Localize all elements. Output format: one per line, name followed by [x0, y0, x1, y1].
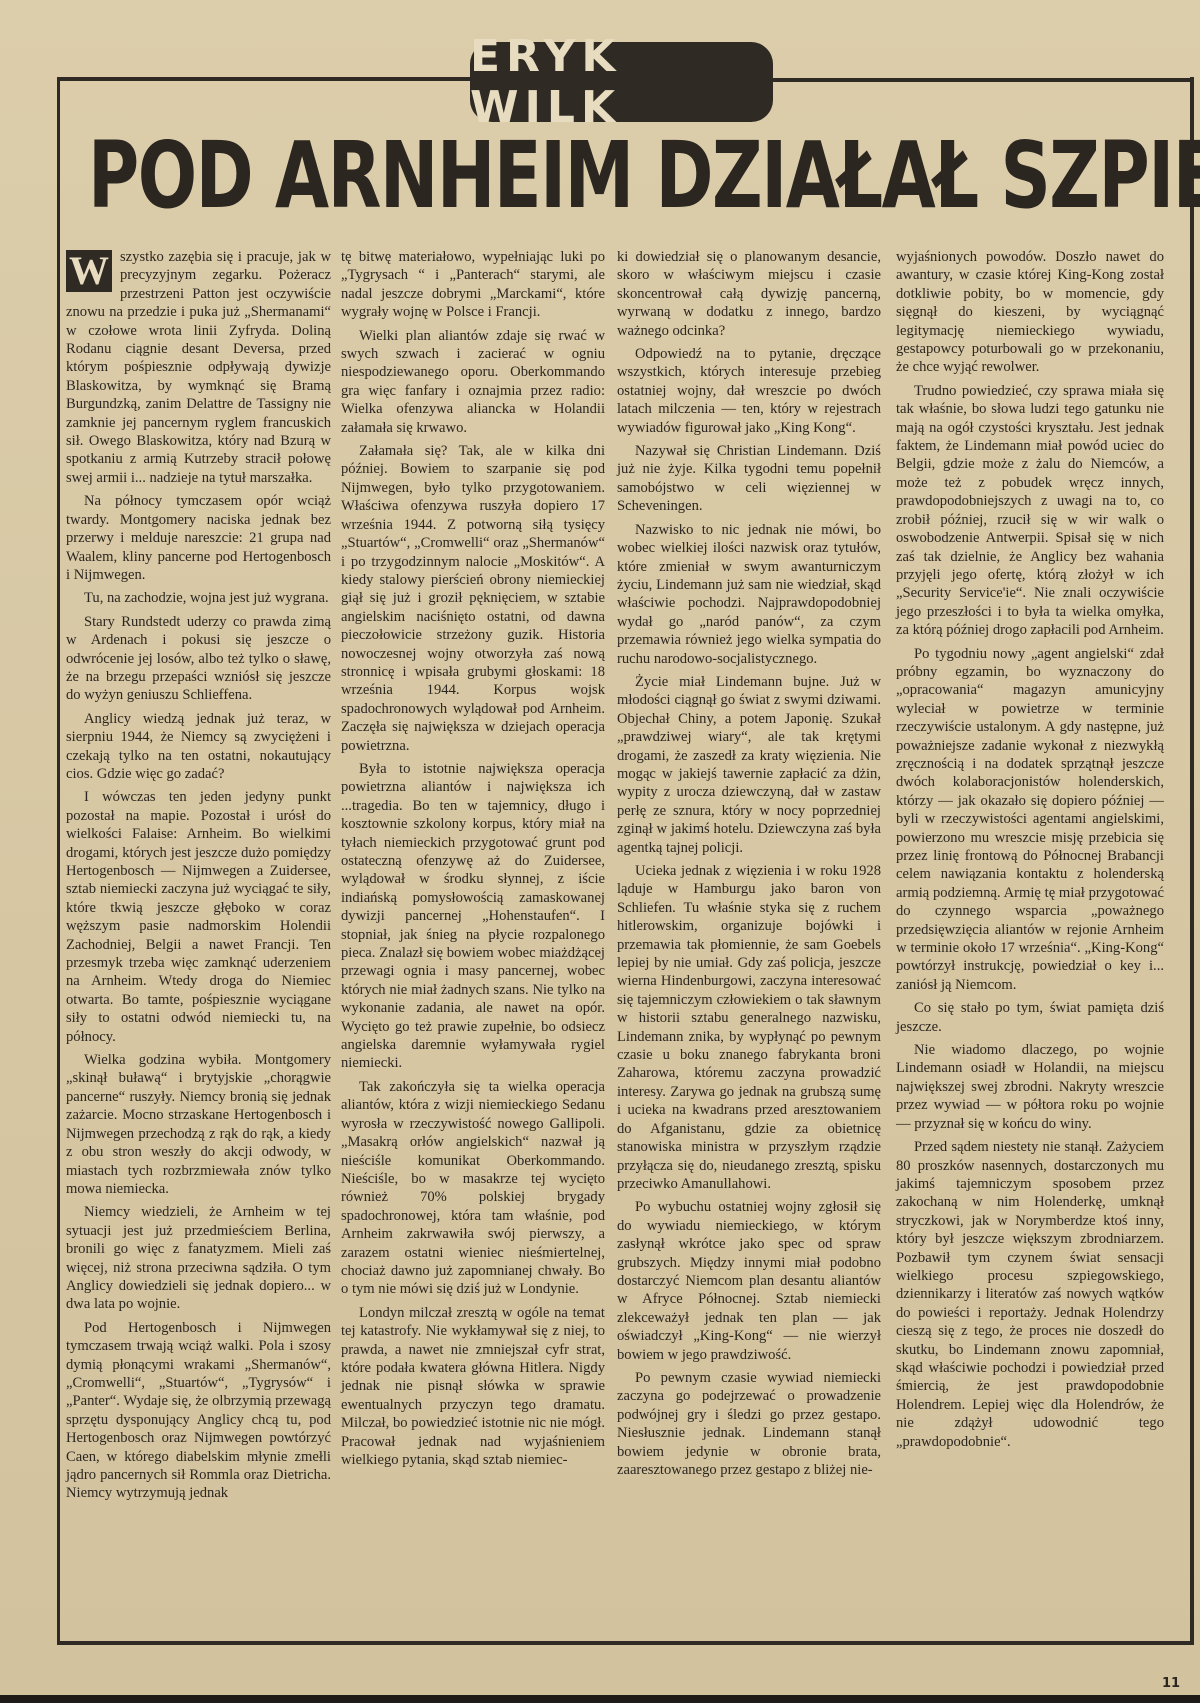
paragraph: Wielki plan aliantów zdaje się rwać w sw… — [341, 327, 605, 437]
paragraph: Na północy tymczasem opór wciąż twardy. … — [66, 492, 331, 584]
column-4: wyjaśnionych powodów. Doszło nawet do aw… — [896, 248, 1164, 1633]
paragraph: Po wybuchu ostatniej wojny zgłosił się d… — [617, 1198, 881, 1364]
column-2: tę bitwę materiałowo, wypełniając luki p… — [341, 248, 605, 1633]
paragraph: Wszystko zazębia się i pracuje, jak w pr… — [66, 248, 331, 487]
paragraph: Londyn milczał zresztą w ogóle na temat … — [341, 1304, 605, 1470]
paragraph: Anglicy wiedzą jednak już teraz, w sierp… — [66, 710, 331, 784]
paragraph: Pod Hertogenbosch i Nijmwegen tymczasem … — [66, 1319, 331, 1503]
column-3: ki dowiedział się o planowanym desancie,… — [617, 248, 881, 1633]
paragraph: Tak zakończyła się ta wielka operacja al… — [341, 1078, 605, 1299]
paragraph: Nazwisko to nic jednak nie mówi, bo wobe… — [617, 521, 881, 668]
frame-rule-right — [772, 78, 1191, 82]
paragraph: I wówczas ten jeden jedyny punkt pozosta… — [66, 788, 331, 1046]
paragraph: Tu, na zachodzie, wojna jest już wygrana… — [66, 589, 331, 607]
paragraph: Ucieka jednak z więzienia i w roku 1928 … — [617, 862, 881, 1193]
paragraph: Niemcy wiedzieli, że Arnheim w tej sytua… — [66, 1203, 331, 1313]
paragraph: ki dowiedział się o planowanym desancie,… — [617, 248, 881, 340]
author-badge: ERYK WILK — [470, 42, 773, 122]
frame-rule-left — [57, 77, 473, 81]
paragraph: wyjaśnionych powodów. Doszło nawet do aw… — [896, 248, 1164, 377]
author-name: ERYK WILK — [470, 31, 773, 133]
article-headline: POD ARNHEIM DZIAŁAŁ SZPIEG... — [88, 128, 924, 224]
drop-cap: W — [66, 250, 112, 292]
paragraph: Stary Rundstedt uderzy co prawda zimą w … — [66, 613, 331, 705]
paragraph: Odpowiedź na to pytanie, dręczące wszyst… — [617, 345, 881, 437]
paragraph: Przed sądem niestety nie stanął. Zażycie… — [896, 1138, 1164, 1451]
paragraph: Nie wiadomo dlaczego, po wojnie Lindeman… — [896, 1041, 1164, 1133]
magazine-page: ERYK WILK POD ARNHEIM DZIAŁAŁ SZPIEG... … — [0, 0, 1200, 1703]
scan-edge — [0, 1695, 1200, 1703]
article-body: Wszystko zazębia się i pracuje, jak w pr… — [66, 248, 1176, 1633]
paragraph: Była to istotnie największa operacja pow… — [341, 760, 605, 1073]
paragraph: Po pewnym czasie wywiad niemiecki zaczyn… — [617, 1369, 881, 1479]
page-number: 11 — [1162, 1676, 1180, 1691]
paragraph: Wielka godzina wybiła. Montgomery „skiną… — [66, 1051, 331, 1198]
paragraph: Załamała się? Tak, ale w kilka dni późni… — [341, 442, 605, 755]
paragraph: Co się stało po tym, świat pamięta dziś … — [896, 999, 1164, 1036]
paragraph: Trudno powiedzieć, czy sprawa miała się … — [896, 382, 1164, 640]
column-1: Wszystko zazębia się i pracuje, jak w pr… — [66, 248, 331, 1633]
paragraph: tę bitwę materiałowo, wypełniając luki p… — [341, 248, 605, 322]
paragraph: Po tygodniu nowy „agent angielski“ zdał … — [896, 645, 1164, 995]
paragraph: Nazywał się Christian Lindemann. Dziś ju… — [617, 442, 881, 516]
paragraph: Życie miał Lindemann bujne. Już w młodoś… — [617, 673, 881, 857]
